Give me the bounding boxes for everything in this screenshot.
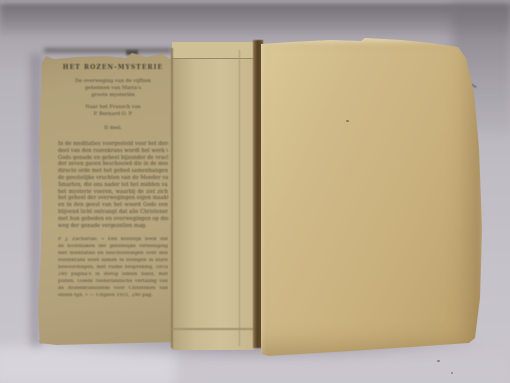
flap-paragraph: In de meditaties voorgesteld voor het de… xyxy=(58,141,168,229)
flap-credit: Naar het Fransch van P. Bernard O. P. xyxy=(58,104,168,118)
fabric-speck xyxy=(451,372,453,374)
photo-of-open-book: HET ROZEN-MYSTERIE De overweging van de … xyxy=(0,0,510,383)
flap-credit-line: Naar het Fransch van xyxy=(58,104,168,111)
page-top-edges-strip xyxy=(172,42,254,59)
page-speck xyxy=(346,120,349,122)
flap-torn-top-shadow xyxy=(44,48,172,53)
flap-subtitle-line: De overweging van de vijftien xyxy=(58,78,168,85)
fabric-speck xyxy=(437,360,440,362)
flap-quote-paragraph: P. J. Zacharias: « Een kostelijk boek da… xyxy=(58,237,168,299)
blank-right-page xyxy=(261,38,483,356)
page-edge-line xyxy=(239,50,240,346)
flap-credit-line: P. Bernard O. P. xyxy=(58,111,168,118)
jacket-fold-panel xyxy=(172,42,254,350)
jacket-fold-crease xyxy=(171,48,173,348)
flap-subtitle-line: groote mysteriën xyxy=(58,92,168,99)
fabric-bottom-sheen xyxy=(180,356,510,383)
fabric-top-shadow-band xyxy=(0,3,510,35)
flap-title: HET ROZEN-MYSTERIE xyxy=(58,64,168,71)
flap-printed-text: HET ROZEN-MYSTERIE De overweging van de … xyxy=(58,64,168,300)
page-bottom-edge-line xyxy=(172,328,254,330)
flap-subtitle-line: geheimen van Maria's xyxy=(58,85,168,92)
flap-part-label: II deel. xyxy=(58,125,168,131)
